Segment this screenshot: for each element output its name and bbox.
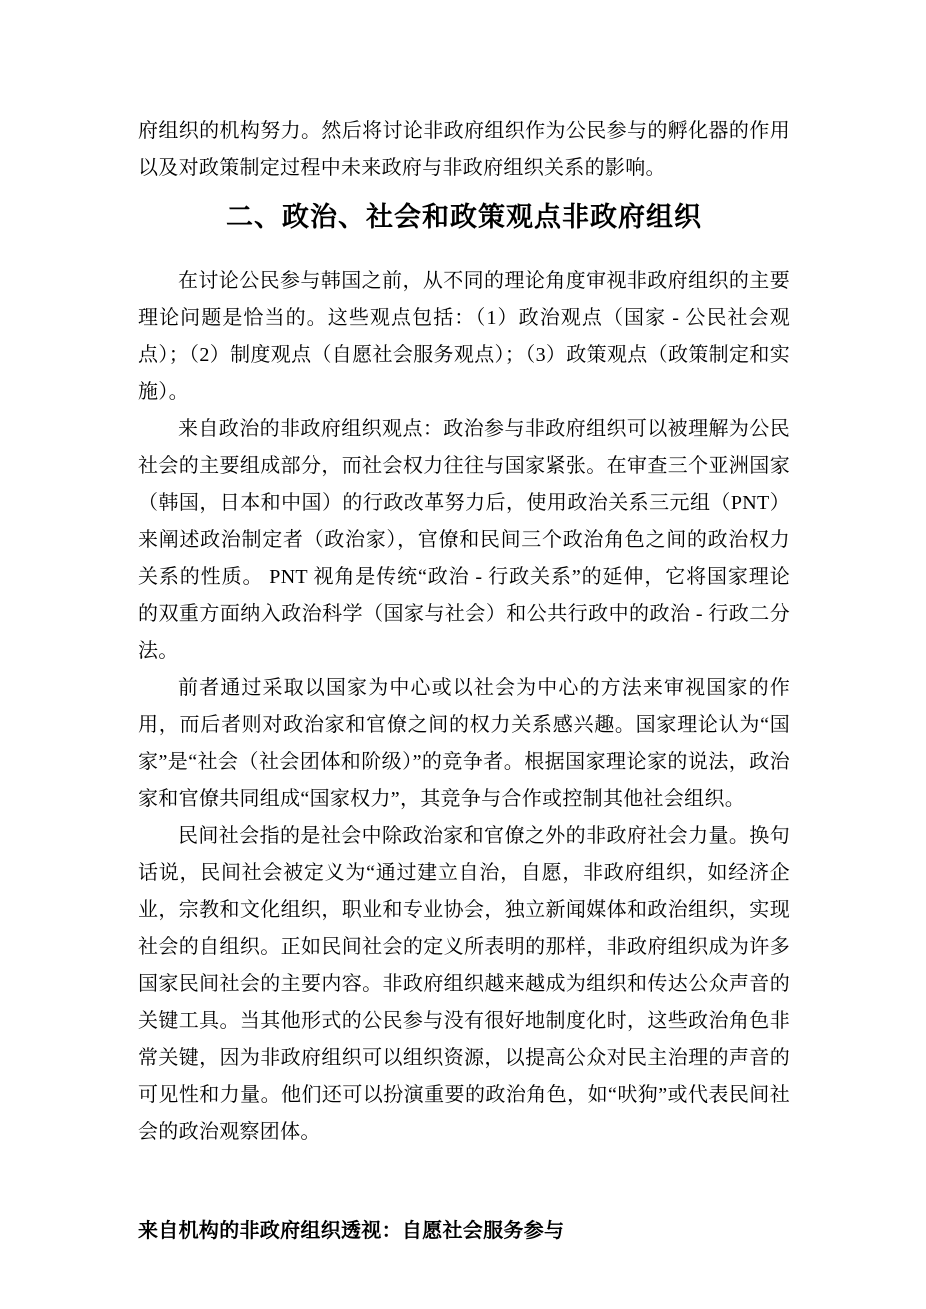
subsection-heading: 来自机构的非政府组织透视：自愿社会服务参与 [138,1213,790,1250]
document-page: 府组织的机构努力。然后将讨论非政府组织作为公民参与的孵化器的作用以及对政策制定过… [0,0,926,1309]
continuation-paragraph: 府组织的机构努力。然后将讨论非政府组织作为公民参与的孵化器的作用以及对政策制定过… [138,113,790,187]
paragraph-state-theory: 前者通过采取以国家为中心或以社会为中心的方法来审视国家的作用，而后者则对政治家和… [138,670,790,818]
paragraph-civil-society: 民间社会指的是社会中除政治家和官僚之外的非政府社会力量。换句话说，民间社会被定义… [138,818,790,1151]
paragraph-theory-overview: 在讨论公民参与韩国之前，从不同的理论角度审视非政府组织的主要理论问题是恰当的。这… [138,263,790,411]
section-heading: 二、政治、社会和政策观点非政府组织 [138,195,790,239]
paragraph-political-perspective: 来自政治的非政府组织观点：政治参与非政府组织可以被理解为公民社会的主要组成部分，… [138,411,790,670]
